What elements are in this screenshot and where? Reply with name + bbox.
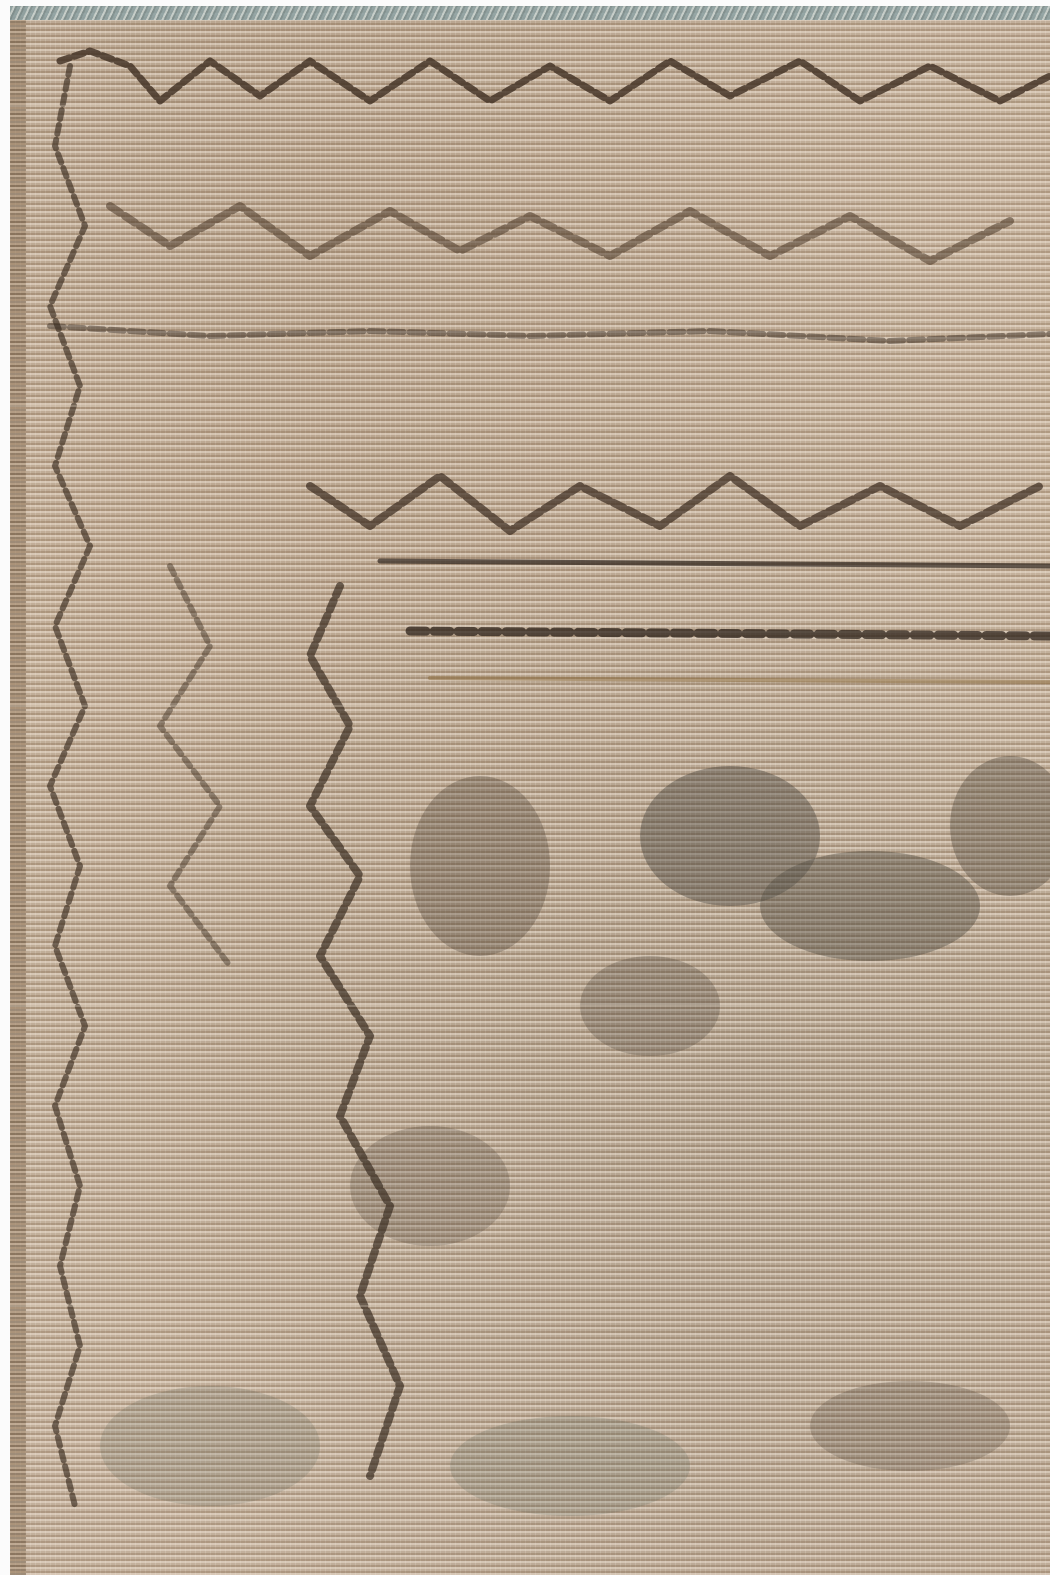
rug-photo — [0, 0, 1050, 1575]
vine-motif — [310, 586, 400, 1476]
mid-zigzag-motif — [310, 476, 1040, 531]
left-border-motif — [50, 66, 90, 1506]
rug-motifs — [10, 6, 1050, 1575]
central-floral-motif — [100, 756, 1050, 1516]
pile-rows — [10, 106, 1050, 1306]
guard-line — [380, 561, 1050, 566]
top-zigzag-motif — [60, 51, 1050, 101]
rug-overcast-top-edge — [10, 6, 1050, 20]
dashed-guard-line — [410, 631, 1050, 636]
upper-band-motif — [110, 206, 1010, 261]
